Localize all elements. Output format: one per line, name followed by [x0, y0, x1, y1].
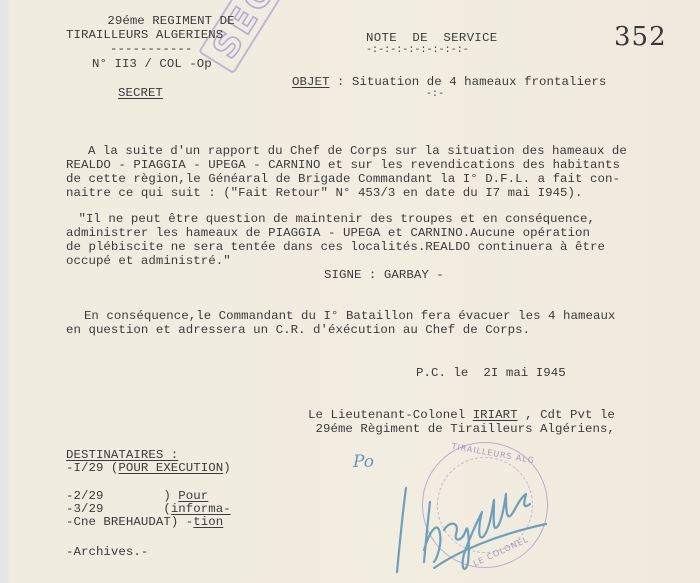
recipients-title: DESTINATAIRES :: [66, 448, 178, 462]
text-line: de plébiscite ne sera tentée dans ces lo…: [66, 240, 605, 254]
place-date: P.C. le 2I mai I945: [416, 366, 566, 380]
signer-name: IRIART: [473, 408, 518, 422]
object-separator: -:-: [426, 88, 444, 102]
text-line: A la suite d'un rapport du Chef de Corps…: [58, 144, 627, 158]
unit-name-line2: TIRAILLEURS ALGERIENS: [66, 28, 223, 42]
object-text: : Situation de 4 hameaux frontaliers: [329, 75, 606, 89]
info-note: informa-: [171, 502, 231, 516]
recipient-row: -2/29 ) Pour: [66, 489, 208, 503]
signer-role: , Cdt Pvt le: [518, 408, 615, 422]
bracket: (: [103, 502, 170, 516]
text-line: "Il ne peut être question de maintenir d…: [56, 212, 595, 226]
text-line: naitre ce qui suit : ("Fait Retour" N° 4…: [66, 186, 583, 200]
bracket: ) -: [171, 515, 193, 529]
handwritten-signature: [370, 450, 590, 580]
signer-line: Le Lieutenant-Colonel IRIART , Cdt Pvt l…: [308, 408, 615, 422]
quote-signature: SIGNE : GARBAY -: [324, 268, 444, 282]
document-type: NOTE DE SERVICE: [366, 31, 498, 45]
archives-line: -Archives.-: [66, 545, 148, 559]
reference-number: N° II3 / COL -Op: [92, 57, 212, 71]
recipient-code: -2/29: [66, 489, 103, 503]
signer-title: Le Lieutenant-Colonel: [308, 408, 473, 422]
text-line: occupé et administré.": [66, 254, 231, 268]
text-line: administrer les hameaux de PIAGGIA - UPE…: [66, 226, 590, 240]
text-line: en question et adressera un C.R. d'éxécu…: [66, 323, 530, 337]
recipient-code: -Cne BREHAUDAT: [66, 515, 171, 529]
classification-label: SECRET: [118, 86, 163, 100]
recipient-code: -3/29: [66, 502, 103, 516]
object-line: OBJET : Situation de 4 hameaux frontalie…: [292, 75, 606, 89]
recipient-row: -Cne BREHAUDAT) -tion: [66, 515, 223, 529]
recipient-code: -I/29 (: [66, 461, 118, 475]
document-type-separator: -:-:-:-:-:-:-:-:-: [366, 44, 469, 58]
unit-name-line1: 29éme REGIMENT DE: [86, 14, 256, 28]
header-separator: -----------: [110, 42, 192, 56]
text-line: de cette règion,le Généaral de Brigade C…: [66, 172, 620, 186]
recipient-row: -3/29 (informa-: [66, 502, 231, 516]
bracket: ): [223, 461, 231, 475]
text-line: REALDO - PIAGGIA - UPEGA - CARNINO et su…: [66, 158, 620, 172]
info-note: Pour: [178, 489, 208, 503]
info-note: tion: [193, 515, 223, 529]
page-number: 352: [614, 22, 667, 52]
recipient-execution: -I/29 (POUR EXECUTION): [66, 461, 231, 475]
object-label: OBJET: [292, 75, 329, 89]
execution-label: POUR EXECUTION: [118, 461, 223, 475]
text-line: En conséquence,le Commandant du I° Batai…: [54, 309, 615, 323]
bracket: ): [103, 489, 178, 503]
signer-unit: 29éme Règiment de Tirailleurs Algériens,: [308, 422, 615, 436]
